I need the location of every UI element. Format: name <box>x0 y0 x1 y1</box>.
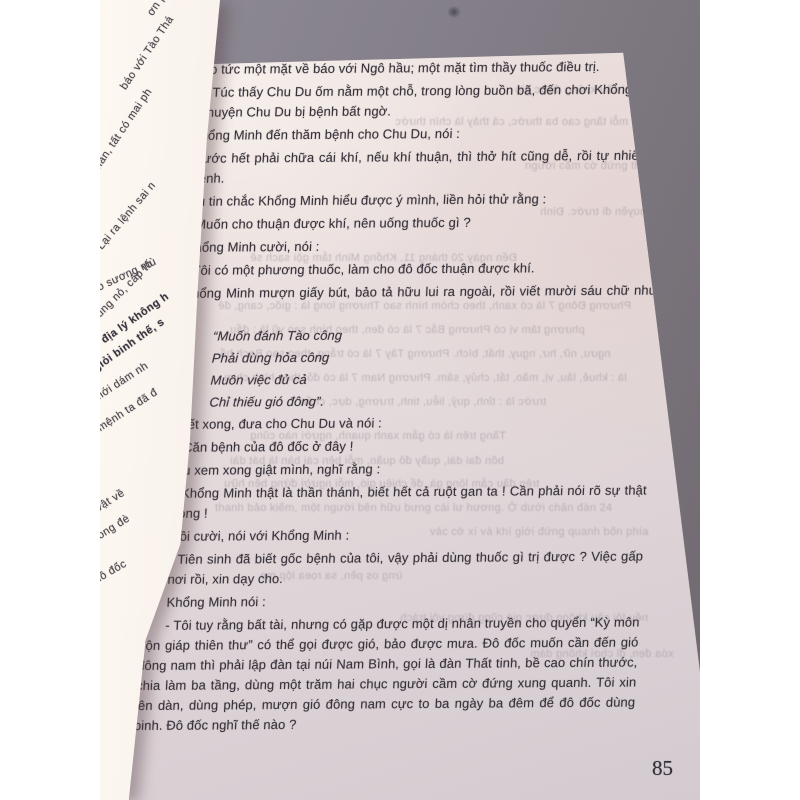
paragraph: Viết xong, đưa cho Chu Du và nói : <box>150 412 651 435</box>
book-page: ở bên cạnh, nếu tôi cầu không được giómỗ… <box>100 0 700 800</box>
paragraph: - Muốn cho thuận được khí, nên uống thuố… <box>161 212 662 235</box>
paragraph: Trước hết phải chữa cái khí, nếu khí thu… <box>163 146 665 189</box>
paragraph: - Khổng Minh thật là thần thánh, biết hế… <box>145 480 647 523</box>
paragraph: - Tôi tuy rằng bất tài, nhưng có gặp đượ… <box>133 612 640 735</box>
photo-canvas: ở bên cạnh, nếu tôi cầu không được giómỗ… <box>0 0 800 800</box>
paragraph: Khổng Minh cười, nói : <box>159 235 660 258</box>
paragraph: - Căn bệnh của đô đốc ở đây ! <box>148 435 649 458</box>
turning-page-text-fragment: ơn phá trống reo hò <box>145 0 214 18</box>
page-text-block: Lập tức một mặt về báo với Ngô hầu; một … <box>133 57 670 739</box>
paragraph: Du tin chắc Khổng Minh hiểu được ý mình,… <box>162 189 663 212</box>
paragraph: Khổng Minh đến thăm bệnh cho Chu Du, nói… <box>165 123 666 146</box>
paragraph: Khổng Minh mượn giấy bút, bảo tả hữu lui… <box>156 281 658 324</box>
verse-line: Muôn việc đủ cả <box>152 368 653 391</box>
paragraph: Rồi cười, nói với Khổng Minh : <box>144 523 645 546</box>
book-photo: ở bên cạnh, nếu tôi cầu không được giómỗ… <box>100 0 700 800</box>
paragraph: Lập tức một mặt về báo với Ngô hầu; một … <box>169 57 670 80</box>
verse-line: “Muốn đánh Tào công <box>154 324 655 347</box>
paragraph: - Tôi có một phương thuốc, làm cho đô đố… <box>158 258 659 281</box>
paragraph: Lỗ Túc thấy Chu Du ốm nằm một chỗ, trong… <box>167 80 669 123</box>
verse-line: Phải dùng hỏa công <box>153 346 654 369</box>
paragraph: Du xem xong giật mình, nghĩ rằng : <box>147 457 648 480</box>
page-number: 85 <box>652 756 673 780</box>
verse-line: Chỉ thiếu gió đông”. <box>151 390 652 413</box>
paragraph: - Tiên sinh đã biết gốc bệnh của tôi, vậ… <box>141 546 643 589</box>
paragraph: Khổng Minh nói : <box>140 589 641 612</box>
